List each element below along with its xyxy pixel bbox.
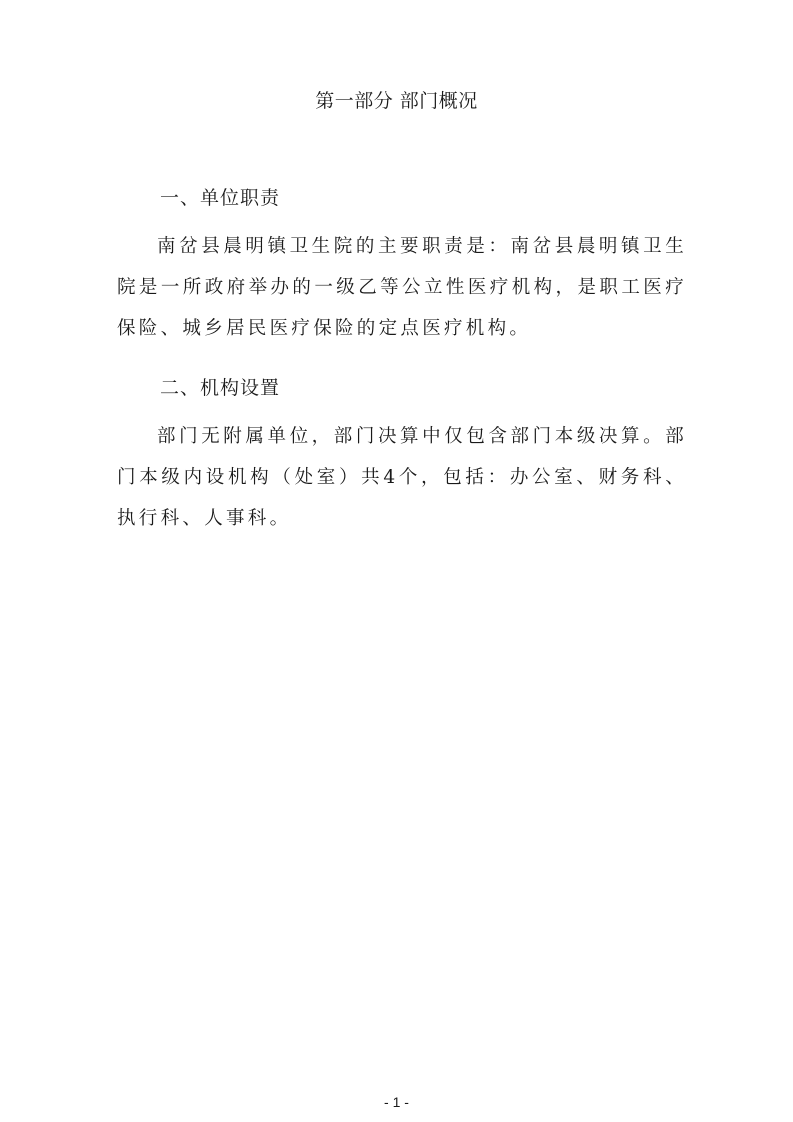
page-title: 第一部分 部门概况 (0, 86, 793, 113)
section-body-organization: 部门无附属单位，部门决算中仅包含部门本级决算。部门本级内设机构（处室）共4个，包… (117, 416, 687, 539)
section-heading-duties: 一、单位职责 (160, 183, 280, 210)
section-body-duties: 南岔县晨明镇卫生院的主要职责是：南岔县晨明镇卫生院是一所政府举办的一级乙等公立性… (117, 226, 687, 349)
section-heading-organization: 二、机构设置 (160, 373, 280, 400)
page-number: - 1 - (0, 1094, 793, 1110)
